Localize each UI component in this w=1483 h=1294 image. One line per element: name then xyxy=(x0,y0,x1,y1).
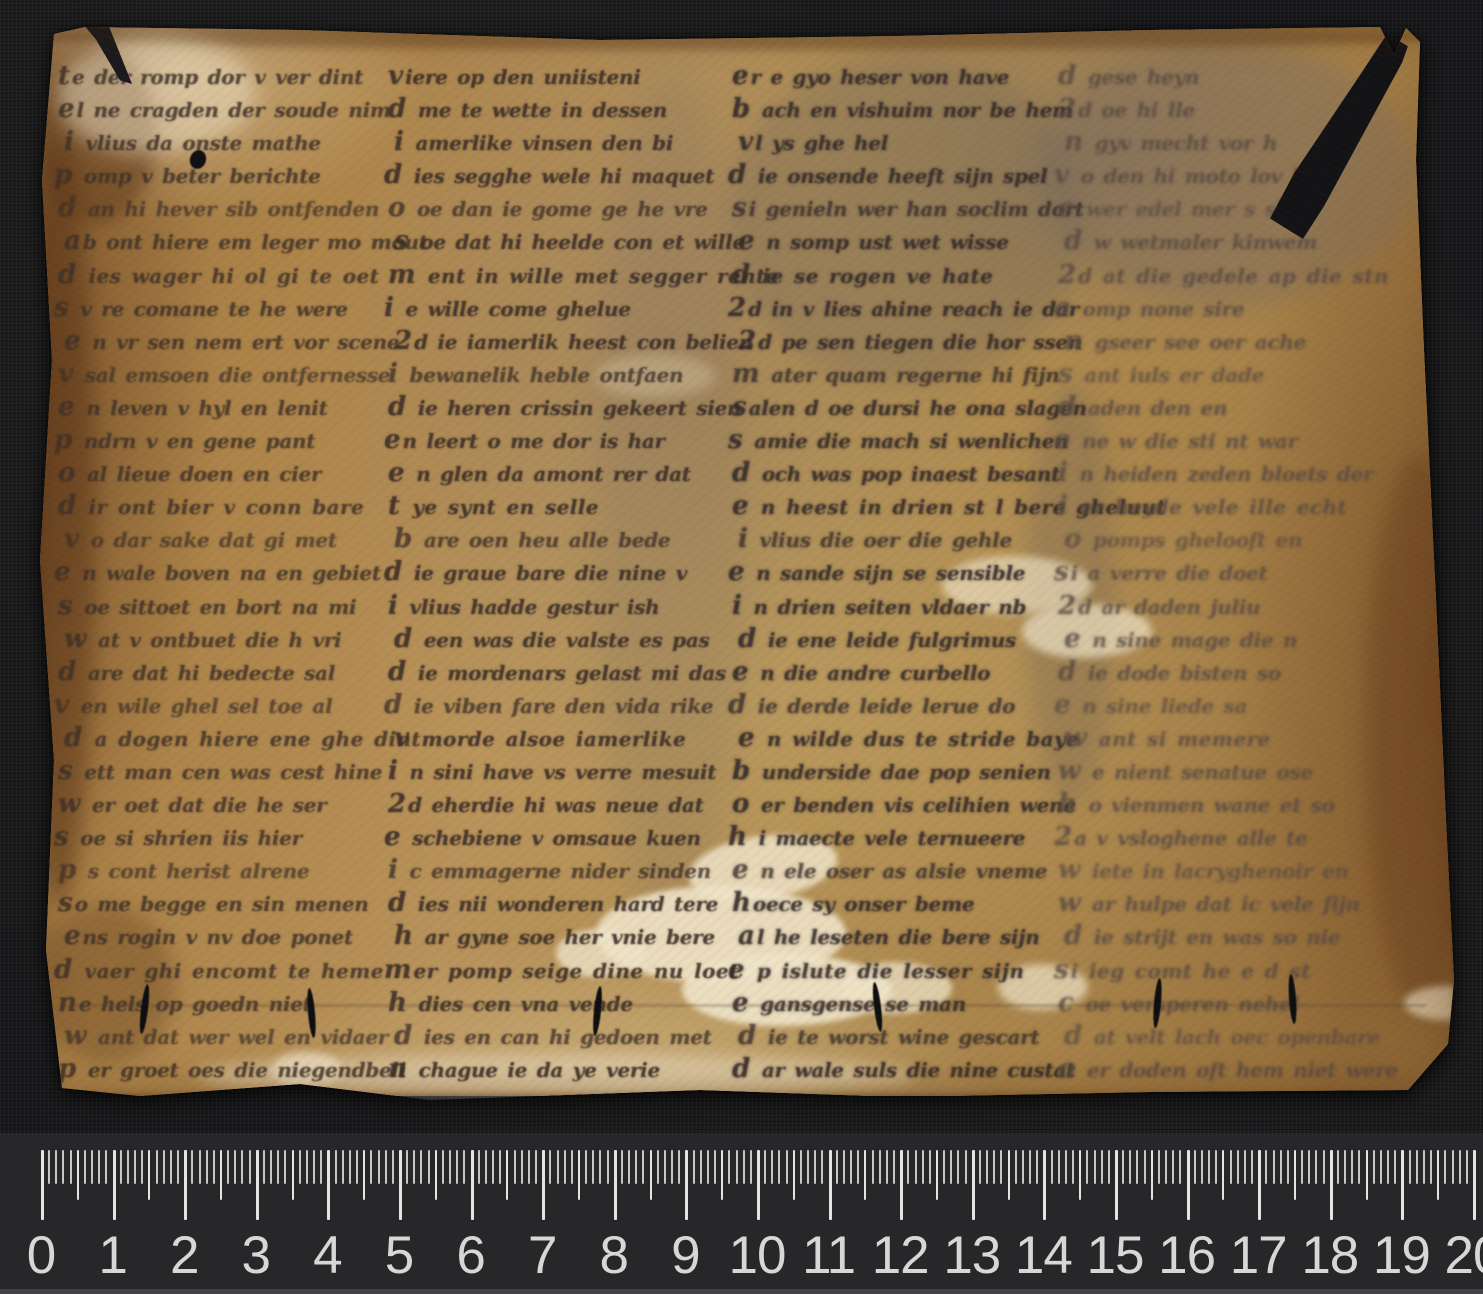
manuscript-line: d ies wager hi ol gi te oet xyxy=(58,259,378,292)
ruler-tick xyxy=(879,1150,881,1184)
manuscript-line: e wer edel mer s slo xyxy=(1058,192,1450,225)
ruler-tick xyxy=(528,1150,530,1184)
manuscript-line: d ie mordenars gelast mi das xyxy=(388,656,718,689)
parchment-fragment: te der romp dor v ver dintel ne cragden … xyxy=(36,24,1456,1096)
ruler-tick xyxy=(1237,1150,1239,1184)
text-column-4: d gese heyn2d oe hi llen gyv mecht vor h… xyxy=(1058,60,1450,1086)
ruler-number: 7 xyxy=(528,1225,556,1286)
manuscript-line: v o den hi moto lov le xyxy=(1054,159,1446,192)
manuscript-line: 2a v vsloghene alle te xyxy=(1054,821,1446,854)
ruler-tick xyxy=(456,1150,458,1184)
ruler-tick xyxy=(1387,1150,1389,1184)
manuscript-line: en leert o me dor is har xyxy=(384,424,714,457)
ruler-tick xyxy=(113,1150,116,1220)
ruler-tick xyxy=(1029,1150,1031,1184)
manuscript-line: o pomps ghelooft en xyxy=(1064,523,1456,556)
manuscript-line: si a verre die doet xyxy=(1054,556,1446,589)
manuscript-line: i amerlike vinsen den bi xyxy=(394,126,724,159)
ruler-tick xyxy=(814,1150,816,1184)
ruler-tick xyxy=(320,1150,322,1184)
ruler-tick xyxy=(521,1150,523,1184)
ruler-tick xyxy=(1187,1150,1190,1220)
manuscript-line: o er doden oft hem niet were xyxy=(1058,1053,1450,1086)
manuscript-line: n gyv mecht vor h xyxy=(1064,126,1456,159)
manuscript-line: hoece sy onser beme xyxy=(732,887,1062,920)
manuscript-line: b underside dae pop senien xyxy=(732,755,1062,788)
ruler-tick xyxy=(807,1150,809,1184)
manuscript-line: h i maecte vele ternueere xyxy=(728,821,1058,854)
ruler-tick xyxy=(1380,1150,1382,1184)
ruler-tick xyxy=(592,1150,594,1184)
ruler-tick xyxy=(463,1150,465,1184)
ruler-tick xyxy=(872,1150,874,1184)
ruler-number: 2 xyxy=(170,1225,198,1286)
ruler-number: 9 xyxy=(671,1225,699,1286)
ruler-tick xyxy=(48,1150,50,1184)
ruler-tick xyxy=(542,1150,545,1220)
manuscript-line: i vlius da onste mathe xyxy=(64,126,384,159)
ruler-tick xyxy=(700,1150,702,1184)
manuscript-line: ens rogin v nv doe ponet xyxy=(64,920,384,953)
manuscript-line: e n ele oser as alsie vneme xyxy=(732,854,1062,887)
ruler-tick xyxy=(485,1150,487,1184)
manuscript-line: d a dogen hiere ene ghe dint xyxy=(64,722,384,755)
manuscript-line: o al lieue doen en cier xyxy=(58,457,378,490)
ruler: 01234567891011121314151617181920 xyxy=(0,1133,1483,1294)
ruler-tick xyxy=(370,1150,372,1184)
ruler-tick xyxy=(1072,1150,1074,1184)
ruler-tick xyxy=(1036,1150,1038,1184)
ruler-tick xyxy=(1416,1150,1418,1184)
ruler-tick xyxy=(449,1150,451,1184)
manuscript-line: d at velt lach oec openbare xyxy=(1064,1020,1456,1053)
ruler-tick xyxy=(986,1150,988,1184)
ruler-tick xyxy=(793,1150,795,1200)
manuscript-line: 2d oe hi lle xyxy=(1058,93,1450,126)
ruler-tick xyxy=(1151,1150,1153,1200)
ruler-number: 16 xyxy=(1158,1225,1215,1286)
ruler-tick xyxy=(1115,1150,1118,1220)
ruler-tick xyxy=(292,1150,294,1200)
ruler-tick xyxy=(1008,1150,1010,1200)
ruler-tick xyxy=(1308,1150,1310,1184)
ruler-tick xyxy=(234,1150,236,1184)
ruler-tick xyxy=(764,1150,766,1184)
manuscript-line: h o vienmen wane et so xyxy=(1058,788,1450,821)
ruler-tick xyxy=(120,1150,122,1184)
ruler-number: 13 xyxy=(943,1225,1000,1286)
manuscript-line: d ar wale suls die nine custat xyxy=(732,1053,1062,1086)
ruler-tick xyxy=(1144,1150,1146,1184)
ruler-tick xyxy=(1158,1150,1160,1184)
manuscript-line: n gseer see oer ache xyxy=(1064,325,1456,358)
manuscript-line: s oe sittoet en bort na mi xyxy=(58,590,378,623)
manuscript-line: 2d ie iamerlik heest con belien xyxy=(394,325,724,358)
manuscript-line: 2d ar daden juliu xyxy=(1058,590,1450,623)
ruler-tick xyxy=(77,1150,79,1200)
manuscript-line: e n sande sijn se sensible xyxy=(728,556,1058,589)
ruler-tick xyxy=(420,1150,422,1184)
ruler-tick xyxy=(657,1150,659,1184)
ruler-tick xyxy=(650,1150,652,1200)
ruler-number: 5 xyxy=(385,1225,413,1286)
ruler-tick xyxy=(127,1150,129,1184)
ruler-tick xyxy=(1394,1150,1396,1184)
ruler-tick xyxy=(299,1150,301,1184)
ruler-tick xyxy=(886,1150,888,1184)
ruler-number: 6 xyxy=(456,1225,484,1286)
ruler-tick xyxy=(1101,1150,1103,1184)
manuscript-line: e n sine liede sa xyxy=(1054,689,1446,722)
ruler-tick xyxy=(957,1150,959,1184)
ruler-tick xyxy=(1337,1150,1339,1184)
manuscript-line: d ie derde leide lerue do xyxy=(728,689,1058,722)
manuscript-line: v sal emsoen die ontfernesse xyxy=(58,358,378,391)
ruler-tick xyxy=(1330,1150,1333,1220)
manuscript-line: d ir ont bier v conn bare xyxy=(58,490,378,523)
ruler-tick xyxy=(1244,1150,1246,1184)
ruler-number: 10 xyxy=(729,1225,786,1286)
manuscript-line: mer pomp seige dine nu loet xyxy=(384,954,714,987)
manuscript-line: 2d pe sen tiegen die hor ssen xyxy=(738,325,1068,358)
ruler-tick xyxy=(1222,1150,1224,1200)
manuscript-line: d aden den en xyxy=(1058,391,1450,424)
manuscript-line: 2d in v lies ahine reach ie dar xyxy=(728,292,1058,325)
ruler-number: 4 xyxy=(313,1225,341,1286)
manuscript-line: t ye synt en selle xyxy=(388,490,718,523)
manuscript-line: e n sine mage die n xyxy=(1064,623,1456,656)
ruler-tick xyxy=(335,1150,337,1184)
manuscript-line: d ie onsende heeft sijn spel xyxy=(728,159,1058,192)
manuscript-line: i n sini have vs verre mesuit xyxy=(388,755,718,788)
ruler-tick xyxy=(1265,1150,1267,1184)
ruler-tick xyxy=(750,1150,752,1184)
ruler-tick xyxy=(62,1150,64,1184)
manuscript-line: s v re comane te he were xyxy=(54,292,374,325)
ruler-edge-strip xyxy=(0,1289,1483,1294)
manuscript-line: viere op den uniisteni xyxy=(388,60,718,93)
manuscript-line: e n wale boven na en gebiet xyxy=(54,556,374,589)
manuscript-line: d een was die valste es pas xyxy=(394,623,724,656)
ruler-tick xyxy=(478,1150,480,1184)
stain xyxy=(36,24,1456,50)
ruler-tick xyxy=(41,1150,44,1220)
ruler-tick xyxy=(965,1150,967,1184)
ruler-tick xyxy=(578,1150,580,1200)
manuscript-line: i bewanelik heble ontfaen xyxy=(388,358,718,391)
ruler-tick xyxy=(313,1150,315,1184)
ruler-number: 1 xyxy=(98,1225,126,1286)
ruler-tick xyxy=(177,1150,179,1184)
ruler-tick xyxy=(549,1150,551,1184)
ruler-tick xyxy=(821,1150,823,1184)
ruler-tick xyxy=(1051,1150,1053,1184)
ruler-tick xyxy=(156,1150,158,1184)
manuscript-line: o er benden vis celihien wene xyxy=(732,788,1062,821)
ruler-tick xyxy=(1287,1150,1289,1184)
ruler-tick xyxy=(642,1150,644,1184)
ruler-tick xyxy=(413,1150,415,1184)
ruler-tick xyxy=(55,1150,57,1184)
manuscript-line: d w wetmaler kinwem xyxy=(1064,225,1456,258)
ruler-tick xyxy=(1058,1150,1060,1184)
ruler-tick xyxy=(141,1150,143,1184)
ruler-tick xyxy=(148,1150,150,1200)
ruler-tick xyxy=(98,1150,100,1184)
ruler-tick xyxy=(241,1150,243,1184)
ruler-tick xyxy=(678,1150,680,1184)
ruler-tick xyxy=(1409,1150,1411,1184)
crease-line xyxy=(66,1004,1426,1007)
manuscript-line: e n wilde dus te stride baye xyxy=(738,722,1068,755)
manuscript-line: d ie dode bisten so xyxy=(1058,656,1450,689)
manuscript-line: w ant si memere xyxy=(1064,722,1456,755)
manuscript-line: d ie heren crissin gekeert sien xyxy=(388,391,718,424)
ruler-tick xyxy=(1086,1150,1088,1184)
manuscript-line: s oe dat hi heelde con et wille xyxy=(394,225,724,258)
manuscript-line: e n glen da amont rer dat xyxy=(388,457,718,490)
ruler-tick xyxy=(227,1150,229,1184)
ruler-tick xyxy=(442,1150,444,1184)
ruler-tick xyxy=(1466,1150,1468,1184)
manuscript-line: e n vr sen nem ert vor scene xyxy=(64,325,384,358)
ruler-tick xyxy=(900,1150,903,1220)
manuscript-line: e n heest in drien st l bere gheluut xyxy=(732,490,1062,523)
ruler-tick xyxy=(1022,1150,1024,1184)
manuscript-line: w er oet dat die he ser xyxy=(58,788,378,821)
ruler-tick xyxy=(1108,1150,1110,1184)
ruler-number: 3 xyxy=(242,1225,270,1286)
ruler-tick xyxy=(385,1150,387,1184)
manuscript-line: vl ys ghe hel xyxy=(738,126,1068,159)
manuscript-line: s ett man cen was cest hine xyxy=(58,755,378,788)
manuscript-line: el ne cragden der soude nim xyxy=(58,93,378,126)
ruler-tick xyxy=(1129,1150,1131,1184)
ruler-tick xyxy=(843,1150,845,1184)
manuscript-line: p s cont herist alrene xyxy=(58,854,378,887)
manuscript-line: so me begge en sin menen xyxy=(58,887,378,920)
manuscript-line: d an hi hever sib ontfenden xyxy=(58,192,378,225)
ruler-tick xyxy=(1401,1150,1404,1220)
text-column-2: viere op den uniistenid me te wette in d… xyxy=(388,60,718,1086)
ruler-tick xyxy=(392,1150,394,1184)
manuscript-line: p omp v beter berichte xyxy=(54,159,374,192)
ruler-tick xyxy=(850,1150,852,1184)
ruler-tick xyxy=(1165,1150,1167,1184)
ruler-tick xyxy=(736,1150,738,1184)
ruler-tick xyxy=(693,1150,695,1184)
ruler-tick xyxy=(1122,1150,1124,1184)
ruler-tick xyxy=(349,1150,351,1184)
manuscript-line: b are oen heu alle bede xyxy=(394,523,724,556)
manuscript-line: s oe si shrien iis hier xyxy=(54,821,374,854)
ruler-tick xyxy=(915,1150,917,1184)
ruler-tick xyxy=(1301,1150,1303,1184)
manuscript-line: d ie viben fare den vida rike xyxy=(384,689,714,722)
manuscript-line: e p islute die lesser sijn xyxy=(728,954,1058,987)
text-column-1: te der romp dor v ver dintel ne cragden … xyxy=(58,60,378,1086)
ruler-tick xyxy=(1094,1150,1096,1184)
manuscript-line: d ie ene leide fulgrimus xyxy=(738,623,1068,656)
ruler-tick xyxy=(1043,1150,1046,1220)
ruler-number: 17 xyxy=(1230,1225,1287,1286)
ruler-tick xyxy=(864,1150,866,1200)
ruler-tick xyxy=(284,1150,286,1184)
ruler-tick xyxy=(471,1150,474,1220)
ruler-tick xyxy=(199,1150,201,1184)
manuscript-line: e ne w die sti nt war xyxy=(1054,424,1446,457)
ruler-tick xyxy=(256,1150,259,1220)
manuscript-line: 2d at die gedele ap die stn xyxy=(1058,259,1450,292)
ruler-tick xyxy=(428,1150,430,1184)
ruler-tick xyxy=(893,1150,895,1184)
manuscript-line: v morde alsoe iamerlike xyxy=(394,722,724,755)
manuscript-line: er e gyo heser von have xyxy=(732,60,1062,93)
manuscript-line: m ater quam regerne hi fijn xyxy=(732,358,1062,391)
manuscript-line: d och was pop inaest besant xyxy=(732,457,1062,490)
manuscript-line: i n drien seiten vldaer nb xyxy=(732,590,1062,623)
manuscript-line: w ar hulpe dat ic vele fijn xyxy=(1058,887,1450,920)
ruler-tick xyxy=(721,1150,723,1200)
ruler-tick xyxy=(922,1150,924,1184)
manuscript-line: e n somp ust wet wisse xyxy=(738,225,1068,258)
manuscript-line: e n die andre curbello xyxy=(732,656,1062,689)
ruler-tick xyxy=(70,1150,72,1184)
ruler-tick xyxy=(1344,1150,1346,1184)
ruler-tick xyxy=(306,1150,308,1184)
ruler-tick xyxy=(1358,1150,1360,1184)
manuscript-line: te der romp dor v ver dint xyxy=(58,60,378,93)
ruler-tick xyxy=(599,1150,601,1184)
ruler-tick xyxy=(1423,1150,1425,1184)
manuscript-line: d ies segghe wele hi maquet xyxy=(384,159,714,192)
ruler-tick xyxy=(1351,1150,1353,1184)
ruler-tick xyxy=(277,1150,279,1184)
ruler-tick xyxy=(1280,1150,1282,1184)
manuscript-line: al he leseten die bere sijn xyxy=(738,920,1068,953)
manuscript-line: s amie die mach si wenlichen xyxy=(728,424,1058,457)
ruler-tick xyxy=(506,1150,508,1200)
ruler-tick xyxy=(1459,1150,1461,1184)
manuscript-line: e schebiene v omsaue kuen xyxy=(384,821,714,854)
ruler-tick xyxy=(1215,1150,1217,1184)
ruler-tick xyxy=(1065,1150,1067,1184)
manuscript-line: s ant iuls er dade xyxy=(1058,358,1450,391)
ruler-tick xyxy=(564,1150,566,1184)
ruler-tick xyxy=(1437,1150,1439,1200)
ruler-tick xyxy=(492,1150,494,1184)
ruler-tick xyxy=(979,1150,981,1184)
manuscript-line: si ieg comt he e d st xyxy=(1054,954,1446,987)
ruler-tick xyxy=(800,1150,802,1184)
ruler-tick xyxy=(406,1150,408,1184)
ruler-tick xyxy=(1366,1150,1368,1200)
ruler-tick xyxy=(535,1150,537,1184)
manuscript-line: i vlius hadde gestur ish xyxy=(388,590,718,623)
manuscript-line: d ies en can hi gedoen met xyxy=(394,1020,724,1053)
ruler-tick xyxy=(327,1150,330,1220)
ruler-tick xyxy=(757,1150,760,1220)
ruler-number: 14 xyxy=(1015,1225,1072,1286)
manuscript-line: w at v ontbuet die h vri xyxy=(64,623,384,656)
ruler-tick xyxy=(972,1150,975,1220)
ruler-tick xyxy=(1079,1150,1081,1200)
ruler-tick xyxy=(829,1150,832,1220)
ruler-tick xyxy=(184,1150,187,1220)
manuscript-line: i n heiden zeden bloets der xyxy=(1058,457,1450,490)
ruler-tick xyxy=(1258,1150,1261,1220)
manuscript-line: i vlius die oer die gehle xyxy=(738,523,1068,556)
manuscript-line: d me te wette in dessen xyxy=(388,93,718,126)
manuscript-line: d ie graue bare die nine v xyxy=(384,556,714,589)
ruler-tick xyxy=(907,1150,909,1184)
ruler-tick xyxy=(1315,1150,1317,1184)
manuscript-line: e n leven v hyl en lenit xyxy=(58,391,378,424)
manuscript-line: h ar gyne soe her vnie bere xyxy=(394,920,724,953)
ruler-tick xyxy=(213,1150,215,1184)
ruler-tick xyxy=(206,1150,208,1184)
ruler-tick xyxy=(1444,1150,1446,1184)
ruler-number: 15 xyxy=(1087,1225,1144,1286)
ruler-tick xyxy=(786,1150,788,1184)
ruler-tick xyxy=(1473,1150,1476,1220)
text-column-3: er e gyo heser von haveb ach en vishuim … xyxy=(732,60,1062,1086)
ruler-tick xyxy=(936,1150,938,1200)
manuscript-line: v en wile ghel sel toe al xyxy=(54,689,374,722)
manuscript-line: i er heyde vele ille echt xyxy=(1058,490,1450,523)
manuscript-photo: te der romp dor v ver dintel ne cragden … xyxy=(0,0,1483,1294)
ruler-number: 8 xyxy=(600,1225,628,1286)
manuscript-line: p er groet oes die niegendbeli xyxy=(58,1053,378,1086)
manuscript-line: m ent in wille met segger rente xyxy=(388,259,718,292)
manuscript-line: salen d oe dursi he ona slagen xyxy=(732,391,1062,424)
ruler-number: 18 xyxy=(1301,1225,1358,1286)
ruler-tick xyxy=(1194,1150,1196,1184)
manuscript-line: i e wille come ghelue xyxy=(384,292,714,325)
manuscript-line: a omp none sire xyxy=(1054,292,1446,325)
manuscript-line: d ie se rogen ve hate xyxy=(732,259,1062,292)
ruler-tick xyxy=(1136,1150,1138,1184)
manuscript-line: i c emmagerne nider sinden xyxy=(388,854,718,887)
ruler-tick xyxy=(771,1150,773,1184)
ruler-tick xyxy=(84,1150,86,1184)
ruler-tick xyxy=(356,1150,358,1184)
ruler-tick xyxy=(134,1150,136,1184)
ruler-tick xyxy=(1373,1150,1375,1184)
ruler-tick xyxy=(614,1150,617,1220)
ruler-number: 12 xyxy=(872,1225,929,1286)
manuscript-line: d vaer ghi encomt te heme xyxy=(54,954,374,987)
ruler-tick xyxy=(1000,1150,1002,1184)
manuscript-line: d ies nii wonderen hard tere xyxy=(388,887,718,920)
ruler-tick xyxy=(585,1150,587,1184)
ruler-tick xyxy=(499,1150,501,1184)
manuscript-line: 2d eherdie hi was neue dat xyxy=(388,788,718,821)
ruler-number: 20 xyxy=(1445,1225,1483,1286)
ruler-tick xyxy=(1430,1150,1432,1184)
manuscript-line: v o dar sake dat gi met xyxy=(64,523,384,556)
ruler-tick xyxy=(943,1150,945,1184)
ruler-tick xyxy=(91,1150,93,1184)
ruler-tick xyxy=(571,1150,573,1184)
ruler-tick xyxy=(191,1150,193,1184)
ruler-tick xyxy=(1201,1150,1203,1184)
manuscript-line: d are dat hi bedecte sal xyxy=(58,656,378,689)
ruler-tick xyxy=(363,1150,365,1200)
manuscript-line: d ie strijt en was so nie xyxy=(1064,920,1456,953)
ruler-tick xyxy=(621,1150,623,1184)
ruler-tick xyxy=(1323,1150,1325,1184)
